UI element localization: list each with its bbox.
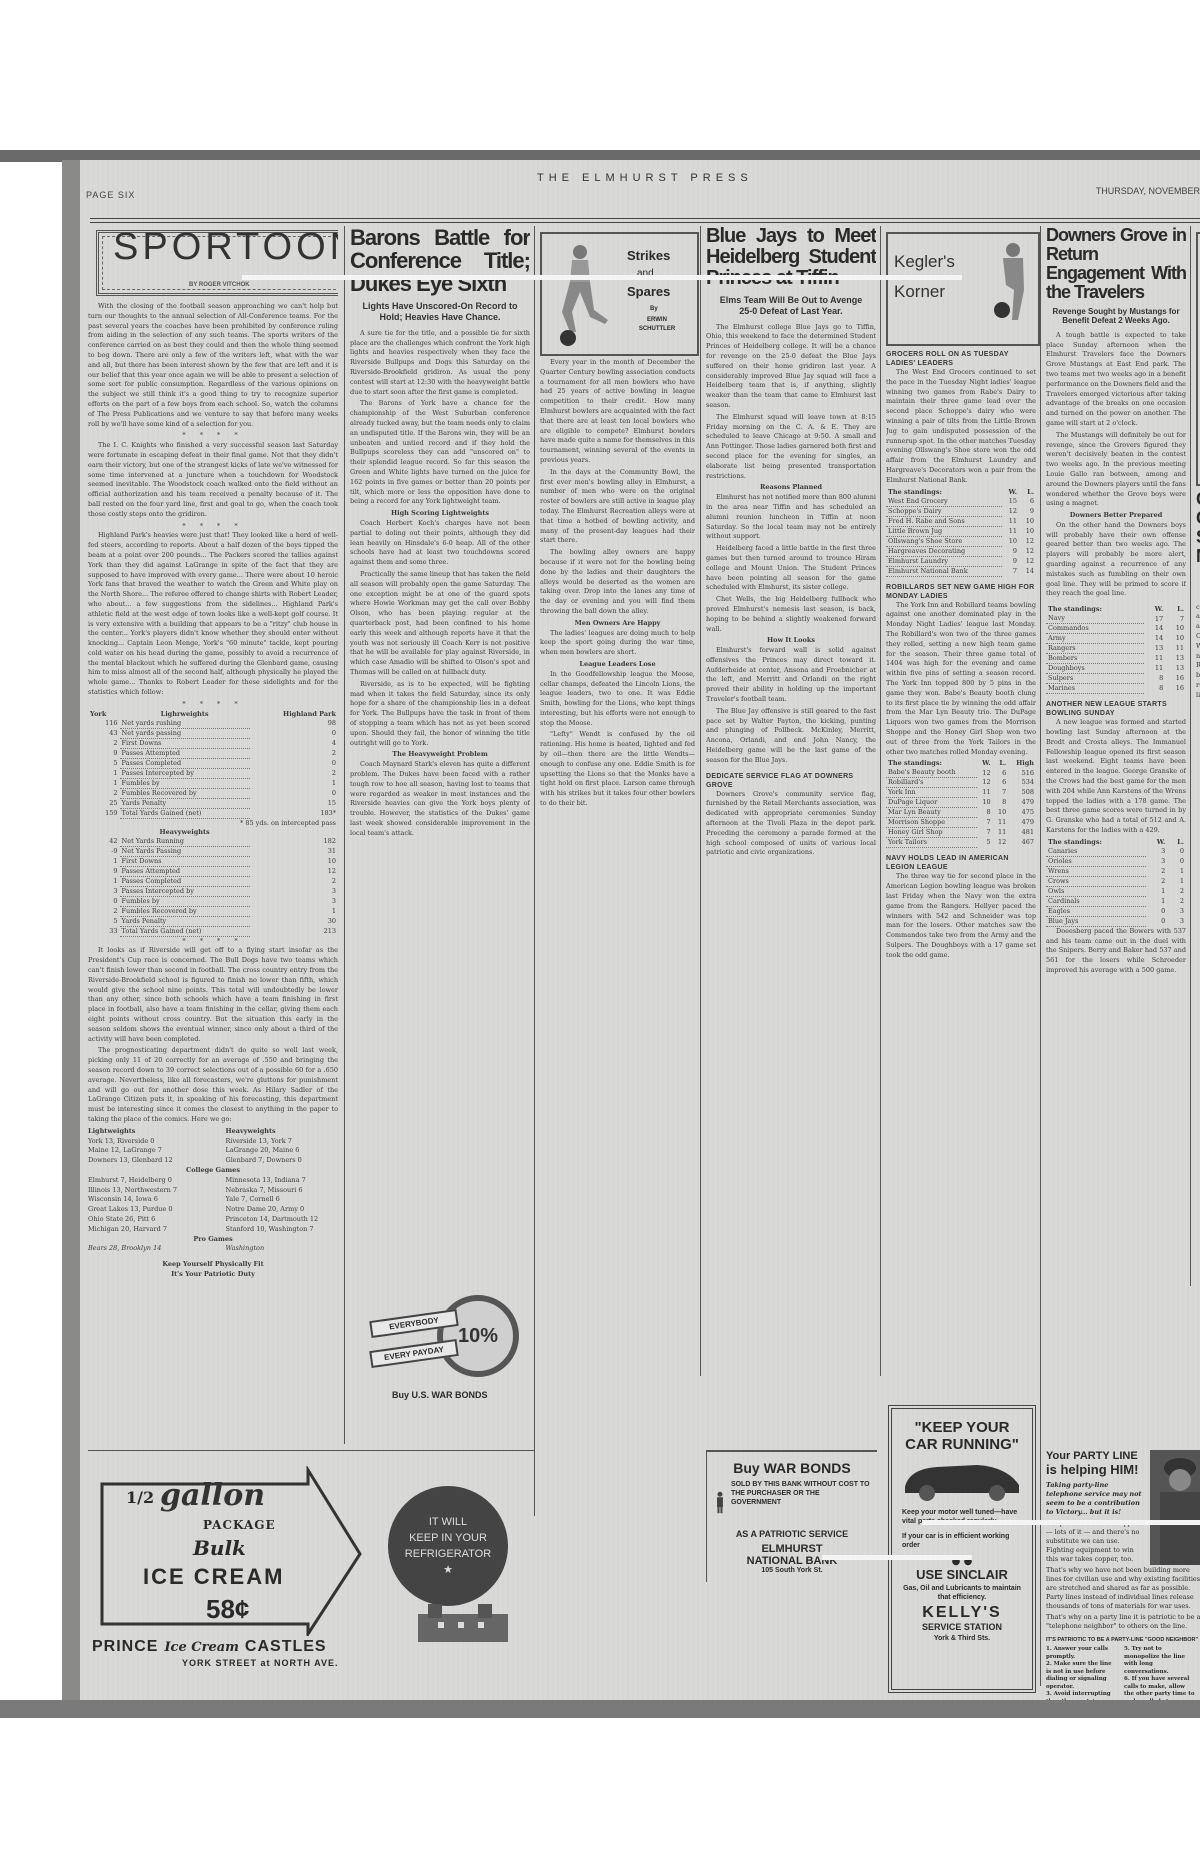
paragraph: The Elmhurst college Blue Jays go to Tif…: [706, 323, 876, 411]
section-subhead: League Leaders Lose: [540, 660, 695, 670]
losses: 10: [993, 808, 1009, 818]
pro-games-grid: Bears 28, Brooklyn 14 Washington: [88, 1244, 338, 1254]
college-games-grid: Elmhurst 7, Heidelberg 0Illinois 13, Nor…: [88, 1176, 338, 1235]
highland-park-value: 2: [250, 768, 338, 778]
column-divider: [700, 226, 701, 1376]
high-score: 475: [1008, 808, 1036, 818]
losses: 0: [1167, 856, 1186, 866]
castle-building-icon: [408, 1596, 518, 1646]
wins: 1: [1146, 896, 1168, 906]
paragraph: The bowling alley owners are happy becau…: [540, 548, 695, 617]
soldier-photo: [1150, 1450, 1200, 1565]
standings-row: Little Brown Jug1110: [886, 526, 1036, 536]
team-name: Navy: [1046, 614, 1144, 624]
standings-row: Blue Jays03: [1046, 916, 1186, 926]
team-name: Babe's Beauty booth: [886, 768, 977, 778]
team-name: Fred H. Rabe and Sons: [886, 516, 1002, 526]
efficient-order-text: If your car is in efficient working orde…: [902, 1532, 1022, 1550]
highland-park-value: 2: [250, 748, 338, 758]
bank-address: 105 South York St.: [707, 1567, 877, 1574]
stat-label: Yards Penalty: [120, 916, 250, 926]
paragraph: Coach Maynard Stark's eleven has quite a…: [350, 760, 530, 838]
paragraph: "Lefty" Wendt is confused by the oil rat…: [540, 730, 695, 808]
prediction-item: LaGrange 20, Maine 6: [226, 1146, 339, 1156]
team-name: Sulpers: [1046, 674, 1144, 684]
highland-park-value: 10: [250, 856, 338, 866]
west-suburban-standings-box: West Suburban Conference Grid Standings …: [1196, 232, 1200, 486]
standings-label: The standings:: [886, 488, 1002, 497]
section-subhead: The Heavyweight Problem: [350, 750, 530, 760]
stat-label: Fumbles Recovered by: [120, 788, 250, 798]
standings-row: Ollswang's Shoe Store1012: [886, 536, 1036, 546]
patriotic-service-text: AS A PATRIOTIC SERVICE: [707, 1529, 877, 1539]
team-name: York Tailors: [886, 838, 977, 848]
team-name: Bombers: [1046, 654, 1144, 664]
pro-games-right: Washington: [226, 1244, 339, 1254]
monday-ladies-standings: The standings:W.L.High Babe's Beauty boo…: [886, 759, 1036, 848]
wins: 11: [1144, 654, 1165, 664]
soldier-portrait-icon: [1150, 1450, 1200, 1565]
illinois-bell-ad: Your PARTY LINE is helping HIM! Taking p…: [1046, 1450, 1200, 1700]
stat-label: Fumbles Recovered by: [120, 906, 250, 916]
bluejays-subhead: Elms Team Will Be Out to Avenge 25-0 Def…: [714, 295, 868, 317]
bell-tips-left: 1. Answer your calls promptly.2. Make su…: [1046, 1646, 1118, 1705]
paragraph: Elmhurst's forward wall is solid against…: [706, 646, 876, 705]
section-subhead: How It Looks: [706, 636, 876, 646]
losses: 12: [1019, 546, 1036, 556]
stat-label: First Downs: [120, 738, 250, 748]
circle-line-2: KEEP IN YOUR: [388, 1530, 508, 1546]
masthead-rule: [90, 218, 1200, 223]
tuesday-ladies-standings: The standings:W.L. West End Grocery156Sc…: [886, 488, 1036, 577]
bell-intro: Taking party-line telephone service may …: [1046, 1481, 1146, 1517]
york-value: 2: [88, 788, 120, 798]
paragraph: A new league was formed and started bowl…: [1046, 718, 1186, 836]
losses: 3: [1167, 906, 1186, 916]
separator: * * * *: [88, 700, 338, 710]
team-name: Army: [1046, 634, 1144, 644]
high-score: 481: [1008, 828, 1036, 838]
team-name: Eagles: [1046, 906, 1146, 916]
losses: 9: [1019, 506, 1036, 516]
paragraph: Doeesberg paced the Bowers with 537 and …: [1046, 927, 1186, 976]
team-name: Elmhurst Laundry: [886, 556, 1002, 566]
prince-brand-line: PRINCE Ice Cream CASTLES: [92, 1638, 327, 1656]
newspaper-page: PAGE SIX THE ELMHURST PRESS THURSDAY, NO…: [62, 160, 1200, 1705]
standings-row: DuPage Liquor108479: [886, 798, 1036, 808]
buy-war-bonds-title: Buy WAR BONDS: [707, 1460, 877, 1476]
prediction-item: Ohio State 26, Pitt 6: [88, 1215, 213, 1225]
team-name: Wrens: [1046, 866, 1146, 876]
prediction-item: Illinois 13, Northwestern 7: [88, 1186, 213, 1196]
col-w: W.: [1002, 488, 1019, 497]
wins: 3: [1146, 847, 1168, 857]
wins: 12: [977, 768, 993, 778]
losses: 6: [993, 768, 1009, 778]
stats-footnote: * 85 yds. on intercepted pass: [120, 818, 338, 828]
bell-tips-header: IT'S PATRIOTIC TO BE A PARTY-LINE "GOOD …: [1046, 1637, 1200, 1643]
losses: 2: [1167, 886, 1186, 896]
sportoon-byline: BY ROGER VITCHOK: [189, 281, 250, 291]
paragraph: With the closing of the football season …: [88, 302, 338, 429]
stats-row: 1Passes Completed2: [88, 876, 338, 886]
bell-paragraph-1: Telephone lines take copper — lots of it…: [1046, 1519, 1146, 1564]
highland-park-value: 0: [250, 788, 338, 798]
losses: 6: [993, 778, 1009, 788]
paragraph: In the days at the Community Bowl, the f…: [540, 468, 695, 546]
stat-label: Net Yards Passing: [120, 846, 250, 856]
highland-park-value: 1: [250, 778, 338, 788]
losses: 13: [1165, 654, 1186, 664]
ice-cream-text: ICE CREAM: [143, 1564, 284, 1590]
brand-castles: CASTLES: [245, 1638, 327, 1656]
ten-percent-badge: 10%: [437, 1295, 519, 1377]
strikes-title: Strikes: [627, 248, 670, 263]
wins: 8: [977, 808, 993, 818]
slogan-line-2: It's Your Patriotic Duty: [88, 1270, 338, 1280]
york-value: 1: [88, 856, 120, 866]
wins: 12: [977, 778, 993, 788]
wins: 17: [1144, 614, 1165, 624]
american-legion-standings: The standings:W.L. Navy177Commandos1410A…: [1046, 605, 1186, 694]
soldier-silhouette-icon: [713, 1480, 727, 1525]
paragraph: Riverside, as is to be expected, will be…: [350, 680, 530, 749]
losses: 14: [1019, 566, 1036, 576]
stats-header-highland-park: Highland Park: [250, 710, 338, 719]
paragraph: Highland Park's heavies were just that! …: [88, 531, 338, 698]
stat-label: Net Yards Running: [120, 837, 250, 847]
predictions-heavyweights: Riverside 13, York 7LaGrange 20, Maine 6…: [226, 1137, 339, 1166]
team-name: Canaries: [1046, 847, 1146, 857]
wins: 13: [1144, 644, 1165, 654]
tip-item: 1. Answer your calls promptly.: [1046, 1646, 1118, 1661]
team-name: Elmhurst National Bank: [886, 566, 1002, 576]
wins: 5: [977, 838, 993, 848]
wins: 14: [1144, 634, 1165, 644]
team-name: Morrison Shoppe: [886, 818, 977, 828]
war-bonds-sold-text: SOLD BY THIS BANK WITHOUT COST TO THE PU…: [727, 1480, 871, 1525]
keglers-title: Kegler's: [894, 252, 955, 272]
standings-label: The standings:: [886, 759, 977, 768]
team-name: Hargreaves Decorating: [886, 546, 1002, 556]
bell-tips: 1. Answer your calls promptly.2. Make su…: [1046, 1646, 1200, 1705]
stat-label: Total Yards Gained (net): [120, 926, 250, 936]
stat-label: Yards Penalty: [120, 798, 250, 808]
york-value: 42: [88, 837, 120, 847]
separator: * * * *: [88, 431, 338, 441]
high-score: 467: [1008, 838, 1036, 848]
fellowship-league-standings: The standings:W.L. Canaries30Orioles30Wr…: [1046, 838, 1186, 927]
circle-line-1: IT WILL: [388, 1514, 508, 1530]
wins: 7: [1002, 566, 1019, 576]
cross-country-article: Cross Country Saturday Morning York Will…: [1196, 490, 1200, 1290]
wins: 3: [1146, 856, 1168, 866]
team-name: Honey Girl Shop: [886, 828, 977, 838]
stats-row: 42Net Yards Running182: [88, 837, 338, 847]
standings-row: Hargreaves Decorating912: [886, 546, 1036, 556]
bell-tips-right: 5. Try not to monopolize the line with l…: [1124, 1646, 1196, 1705]
standings-row: Honey Girl Shop711481: [886, 828, 1036, 838]
col-w: W.: [1144, 605, 1165, 614]
prediction-item: Bears 28, Brooklyn 14: [88, 1244, 213, 1254]
section-rule: [88, 1450, 534, 1451]
standings-row: Canaries30: [1046, 847, 1186, 857]
losses: 11: [993, 828, 1009, 838]
losses: 10: [1165, 624, 1186, 634]
york-value: 1: [88, 778, 120, 788]
standings-row: Sulpers816: [1046, 674, 1186, 684]
kellys-service-station-ad: "KEEP YOUR CAR RUNNING" Keep your motor …: [888, 1405, 1036, 1693]
car-illustration-icon: [897, 1457, 1027, 1502]
korner-title: Korner: [894, 282, 945, 302]
standings-row: Robillard's126534: [886, 778, 1036, 788]
losses: 8: [993, 798, 1009, 808]
paragraph: The Mustangs will definitely be out for …: [1046, 431, 1186, 509]
stats-row: 9Passes Attempted12: [88, 866, 338, 876]
team-name: Orioles: [1046, 856, 1146, 866]
losses: 10: [1019, 516, 1036, 526]
stat-label: Fumbles by: [120, 896, 250, 906]
standings-row: Commandos1410: [1046, 624, 1186, 634]
stats-row: 0Fumbles by3: [88, 896, 338, 906]
stat-label: Net yards passing: [120, 728, 250, 738]
standings-row: Owls12: [1046, 886, 1186, 896]
wins: 0: [1146, 916, 1168, 926]
stats-header-lightweights: Lighrweights: [120, 710, 250, 719]
by-label: By: [650, 306, 658, 312]
losses: 16: [1165, 684, 1186, 694]
york-value: 9: [88, 748, 120, 758]
high-score: 479: [1008, 818, 1036, 828]
spares-title: Spares: [627, 284, 670, 299]
column-divider: [1040, 226, 1041, 1686]
stat-label: Net yards rushing: [120, 719, 250, 729]
prediction-item: Notre Dame 20, Army 0: [226, 1205, 339, 1215]
predictions-grid: York 13, Riverside 0Maine 12, LaGrange 7…: [88, 1137, 338, 1166]
standings-row: Cardinals12: [1046, 896, 1186, 906]
stats-row: 5Passes Completed0: [88, 758, 338, 768]
war-bonds-footer: Buy U.S. WAR BONDS: [392, 1390, 488, 1400]
paragraph: The I. C. Knights who finished a very su…: [88, 441, 338, 519]
standings-row: Navy177: [1046, 614, 1186, 624]
stat-label: Passes Attempted: [120, 748, 250, 758]
highland-park-value: 0: [250, 728, 338, 738]
paragraph: The prognosticating department didn't do…: [88, 1046, 338, 1124]
standings-label: The standings:: [1046, 838, 1146, 847]
team-name: Robillard's: [886, 778, 977, 788]
prediction-item: Princeton 14, Dartmouth 12: [226, 1215, 339, 1225]
newspaper-title: THE ELMHURST PRESS: [537, 172, 753, 184]
paper-tear: [242, 275, 962, 280]
high-score: 534: [1008, 778, 1036, 788]
losses: 12: [1019, 536, 1036, 546]
sportoon-banner: SPORTOON BY ROGER VITCHOK: [96, 230, 338, 296]
stats-row: 116Net yards rushing98: [88, 719, 338, 729]
paragraph: A tough battle is expected to take place…: [1046, 331, 1186, 429]
elmhurst-bank-war-bonds-ad: Buy WAR BONDS SOLD BY THIS BANK WITHOUT …: [706, 1450, 877, 1582]
wins: 10: [977, 798, 993, 808]
downers-subhead: Revenge Sought by Mustangs for Benefit D…: [1050, 307, 1182, 326]
team-name: Mar Lyn Beauty: [886, 808, 977, 818]
prediction-item: Wisconsin 14, Iowa 6: [88, 1195, 213, 1205]
stats-row: 2First Downs4: [88, 738, 338, 748]
predictions-header: Lightweights Heavyweights: [88, 1127, 338, 1137]
col-high: High: [1008, 759, 1036, 768]
team-name: Crows: [1046, 876, 1146, 886]
standings-row: Orioles30: [1046, 856, 1186, 866]
paragraph: It looks as if Riverside will get off to…: [88, 946, 338, 1044]
york-value: 33: [88, 926, 120, 936]
standings-row: Babe's Beauty booth126516: [886, 768, 1036, 778]
sportoon-body: With the closing of the football season …: [88, 302, 338, 1280]
column-divider: [534, 226, 535, 1516]
highland-park-value: 182: [250, 837, 338, 847]
barons-article: Barons Battle for Conference Title; Duke…: [350, 226, 530, 1286]
price-text: 58¢: [206, 1594, 249, 1625]
paragraph: Downers Grove's community service flag, …: [706, 790, 876, 859]
paragraph: In the Goodfellowship league the Moose, …: [540, 670, 695, 729]
tip-item: 5. Try not to monopolize the line with l…: [1124, 1646, 1196, 1676]
barons-headline: Barons Battle for Conference Title; Duke…: [350, 226, 530, 295]
standings-row: Morrison Shoppe711479: [886, 818, 1036, 828]
stat-label: Passes Completed: [120, 758, 250, 768]
paragraph: Chet Wells, the big Heidelberg fullback …: [706, 595, 876, 634]
team-name: Doughboys: [1046, 664, 1144, 674]
bowler-figure-icon: [988, 240, 1033, 335]
prediction-item: Minnesota 13, Indiana 7: [226, 1176, 339, 1186]
college-games-right: Minnesota 13, Indiana 7Nebraska 7, Misso…: [226, 1176, 339, 1235]
losses: 16: [1165, 674, 1186, 684]
prediction-item: Maine 12, LaGrange 7: [88, 1146, 213, 1156]
stats-row: 3Passes Intercepted by3: [88, 886, 338, 896]
standings-row: Schoppe's Dairy129: [886, 506, 1036, 516]
page-number: PAGE SIX: [86, 190, 135, 200]
stats-row: 5Yards Penalty30: [88, 916, 338, 926]
standings-row: Rangers1311: [1046, 644, 1186, 654]
pro-games-label: Pro Games: [88, 1235, 338, 1245]
highland-park-value: 2: [250, 876, 338, 886]
stats-header-york: York: [88, 710, 120, 719]
stats-row: 9Passes Attempted2: [88, 748, 338, 758]
york-value: 5: [88, 758, 120, 768]
brand-ice-cream: Ice Cream: [164, 1640, 238, 1655]
navy-headline: NAVY HOLDS LEAD IN AMERICAN LEGION LEAGU…: [886, 854, 1036, 872]
prediction-item: Riverside 13, York 7: [226, 1137, 339, 1147]
paragraph: Coach Herbert Koch's charges have not be…: [350, 519, 530, 568]
barons-subhead: Lights Have Unscored-On Record to Hold; …: [356, 301, 524, 323]
kellys-address: York & Third Sts.: [892, 1635, 1032, 1642]
strikes-spares-banner: Strikes and Spares By ERWIN SCHUTTLER: [540, 232, 699, 356]
york-value: 159: [88, 808, 120, 818]
york-value: 2: [88, 906, 120, 916]
losses: 7: [1165, 614, 1186, 624]
york-value: 116: [88, 719, 120, 729]
team-name: Rangers: [1046, 644, 1144, 654]
paragraph: The York Inn and Robillard teams bowling…: [886, 601, 1036, 758]
high-score: 479: [1008, 798, 1036, 808]
paragraph: The three way tie for second place in th…: [886, 872, 1036, 960]
prince-ice-cream-ad: 1/2 gallon PACKAGE Bulk ICE CREAM 58¢ IT…: [88, 1456, 528, 1656]
cross-country-headline: Cross Country Saturday Morning: [1196, 490, 1200, 566]
losses: 11: [993, 818, 1009, 828]
team-name: Blue Jays: [1046, 916, 1146, 926]
team-name: Schoppe's Dairy: [886, 506, 1002, 516]
york-value: 9: [88, 866, 120, 876]
tip-item: 2. Make sure the line is not in use befo…: [1046, 1661, 1118, 1691]
losses: 0: [1167, 847, 1186, 857]
bell-paragraph-3: That's why on a party line it is patriot…: [1046, 1613, 1200, 1631]
highland-park-value: 12: [250, 866, 338, 876]
predictions-heavyweights-label: Heavyweights: [226, 1127, 339, 1137]
highland-park-value: 4: [250, 738, 338, 748]
paragraph: The West End Grocers continued to set th…: [886, 368, 1036, 486]
team-name: Marines: [1046, 684, 1144, 694]
service-flag-headline: DEDICATE SERVICE FLAG AT DOWNERS GROVE: [706, 772, 876, 790]
pro-games-left: Bears 28, Brooklyn 14: [88, 1244, 213, 1254]
ice-cream-address: YORK STREET at NORTH AVE.: [182, 1658, 339, 1668]
stats-header-heavyweights: Heavyweights: [120, 828, 250, 837]
prediction-item: Nebraska 7, Missouri 6: [226, 1186, 339, 1196]
circle-line-3: REFRIGERATOR: [388, 1546, 508, 1562]
author-name: ERWIN SCHUTTLER: [632, 316, 682, 334]
car-running-headline: CAR RUNNING": [892, 1436, 1032, 1453]
keglers-korner-banner: Kegler's Korner: [886, 232, 1040, 346]
team-name: Little Brown Jug: [886, 526, 1002, 536]
standings-row: York Inn117508: [886, 788, 1036, 798]
wins: 7: [977, 818, 993, 828]
separator: * * * *: [88, 937, 338, 947]
package-text: PACKAGE: [203, 1518, 276, 1532]
strikes-spares-body: Every year in the month of December the …: [540, 358, 695, 1538]
half-fraction: 1/2: [126, 1488, 154, 1507]
section-subhead: High Scoring Lightweights: [350, 509, 530, 519]
paragraph: A sure tie for the title, and a possible…: [350, 329, 530, 398]
stats-row: 1Fumbles by1: [88, 778, 338, 788]
bluejays-body: The Elmhurst college Blue Jays go to Tif…: [706, 323, 876, 859]
stats-row: 1First Downs10: [88, 856, 338, 866]
bowler-illustration-icon: [550, 242, 620, 347]
standings-row: Elmhurst National Bank714: [886, 566, 1036, 576]
wins: 8: [1144, 674, 1165, 684]
losses: 1: [1167, 876, 1186, 886]
prediction-item: Glenbard 7, Downers 0: [226, 1156, 339, 1166]
wins: 9: [1002, 546, 1019, 556]
game-stats-table: York Lighrweights Highland Park 116Net y…: [88, 710, 338, 937]
losses: 6: [1019, 497, 1036, 507]
col-l: L.: [993, 759, 1009, 768]
col-l: L.: [1165, 605, 1186, 614]
section-subhead: Reasons Planned: [706, 483, 876, 493]
stat-label: Passes Intercepted by: [120, 886, 250, 896]
york-value: 0: [88, 896, 120, 906]
col-l: L.: [1167, 838, 1186, 847]
standings-row: Marines816: [1046, 684, 1186, 694]
york-value: -9: [88, 846, 120, 856]
paragraph: The ladies' leagues are doing much to he…: [540, 629, 695, 658]
wins: 11: [977, 788, 993, 798]
standings-row: Eagles03: [1046, 906, 1186, 916]
college-games-left: Elmhurst 7, Heidelberg 0Illinois 13, Nor…: [88, 1176, 213, 1235]
section-subhead: Men Owners Are Happy: [540, 619, 695, 629]
prediction-item: Michigan 20, Harvard 7: [88, 1225, 213, 1235]
sportoon-column: SPORTOON BY ROGER VITCHOK With the closi…: [88, 226, 338, 1436]
wins: 0: [1146, 906, 1168, 916]
wins: 2: [1146, 866, 1168, 876]
slogan-line-1: Keep Yourself Physically Fit: [88, 1260, 338, 1270]
paragraph: On the other hand the Downers boys will …: [1046, 521, 1186, 599]
losses: 2: [1167, 896, 1186, 906]
wins: 11: [1002, 526, 1019, 536]
